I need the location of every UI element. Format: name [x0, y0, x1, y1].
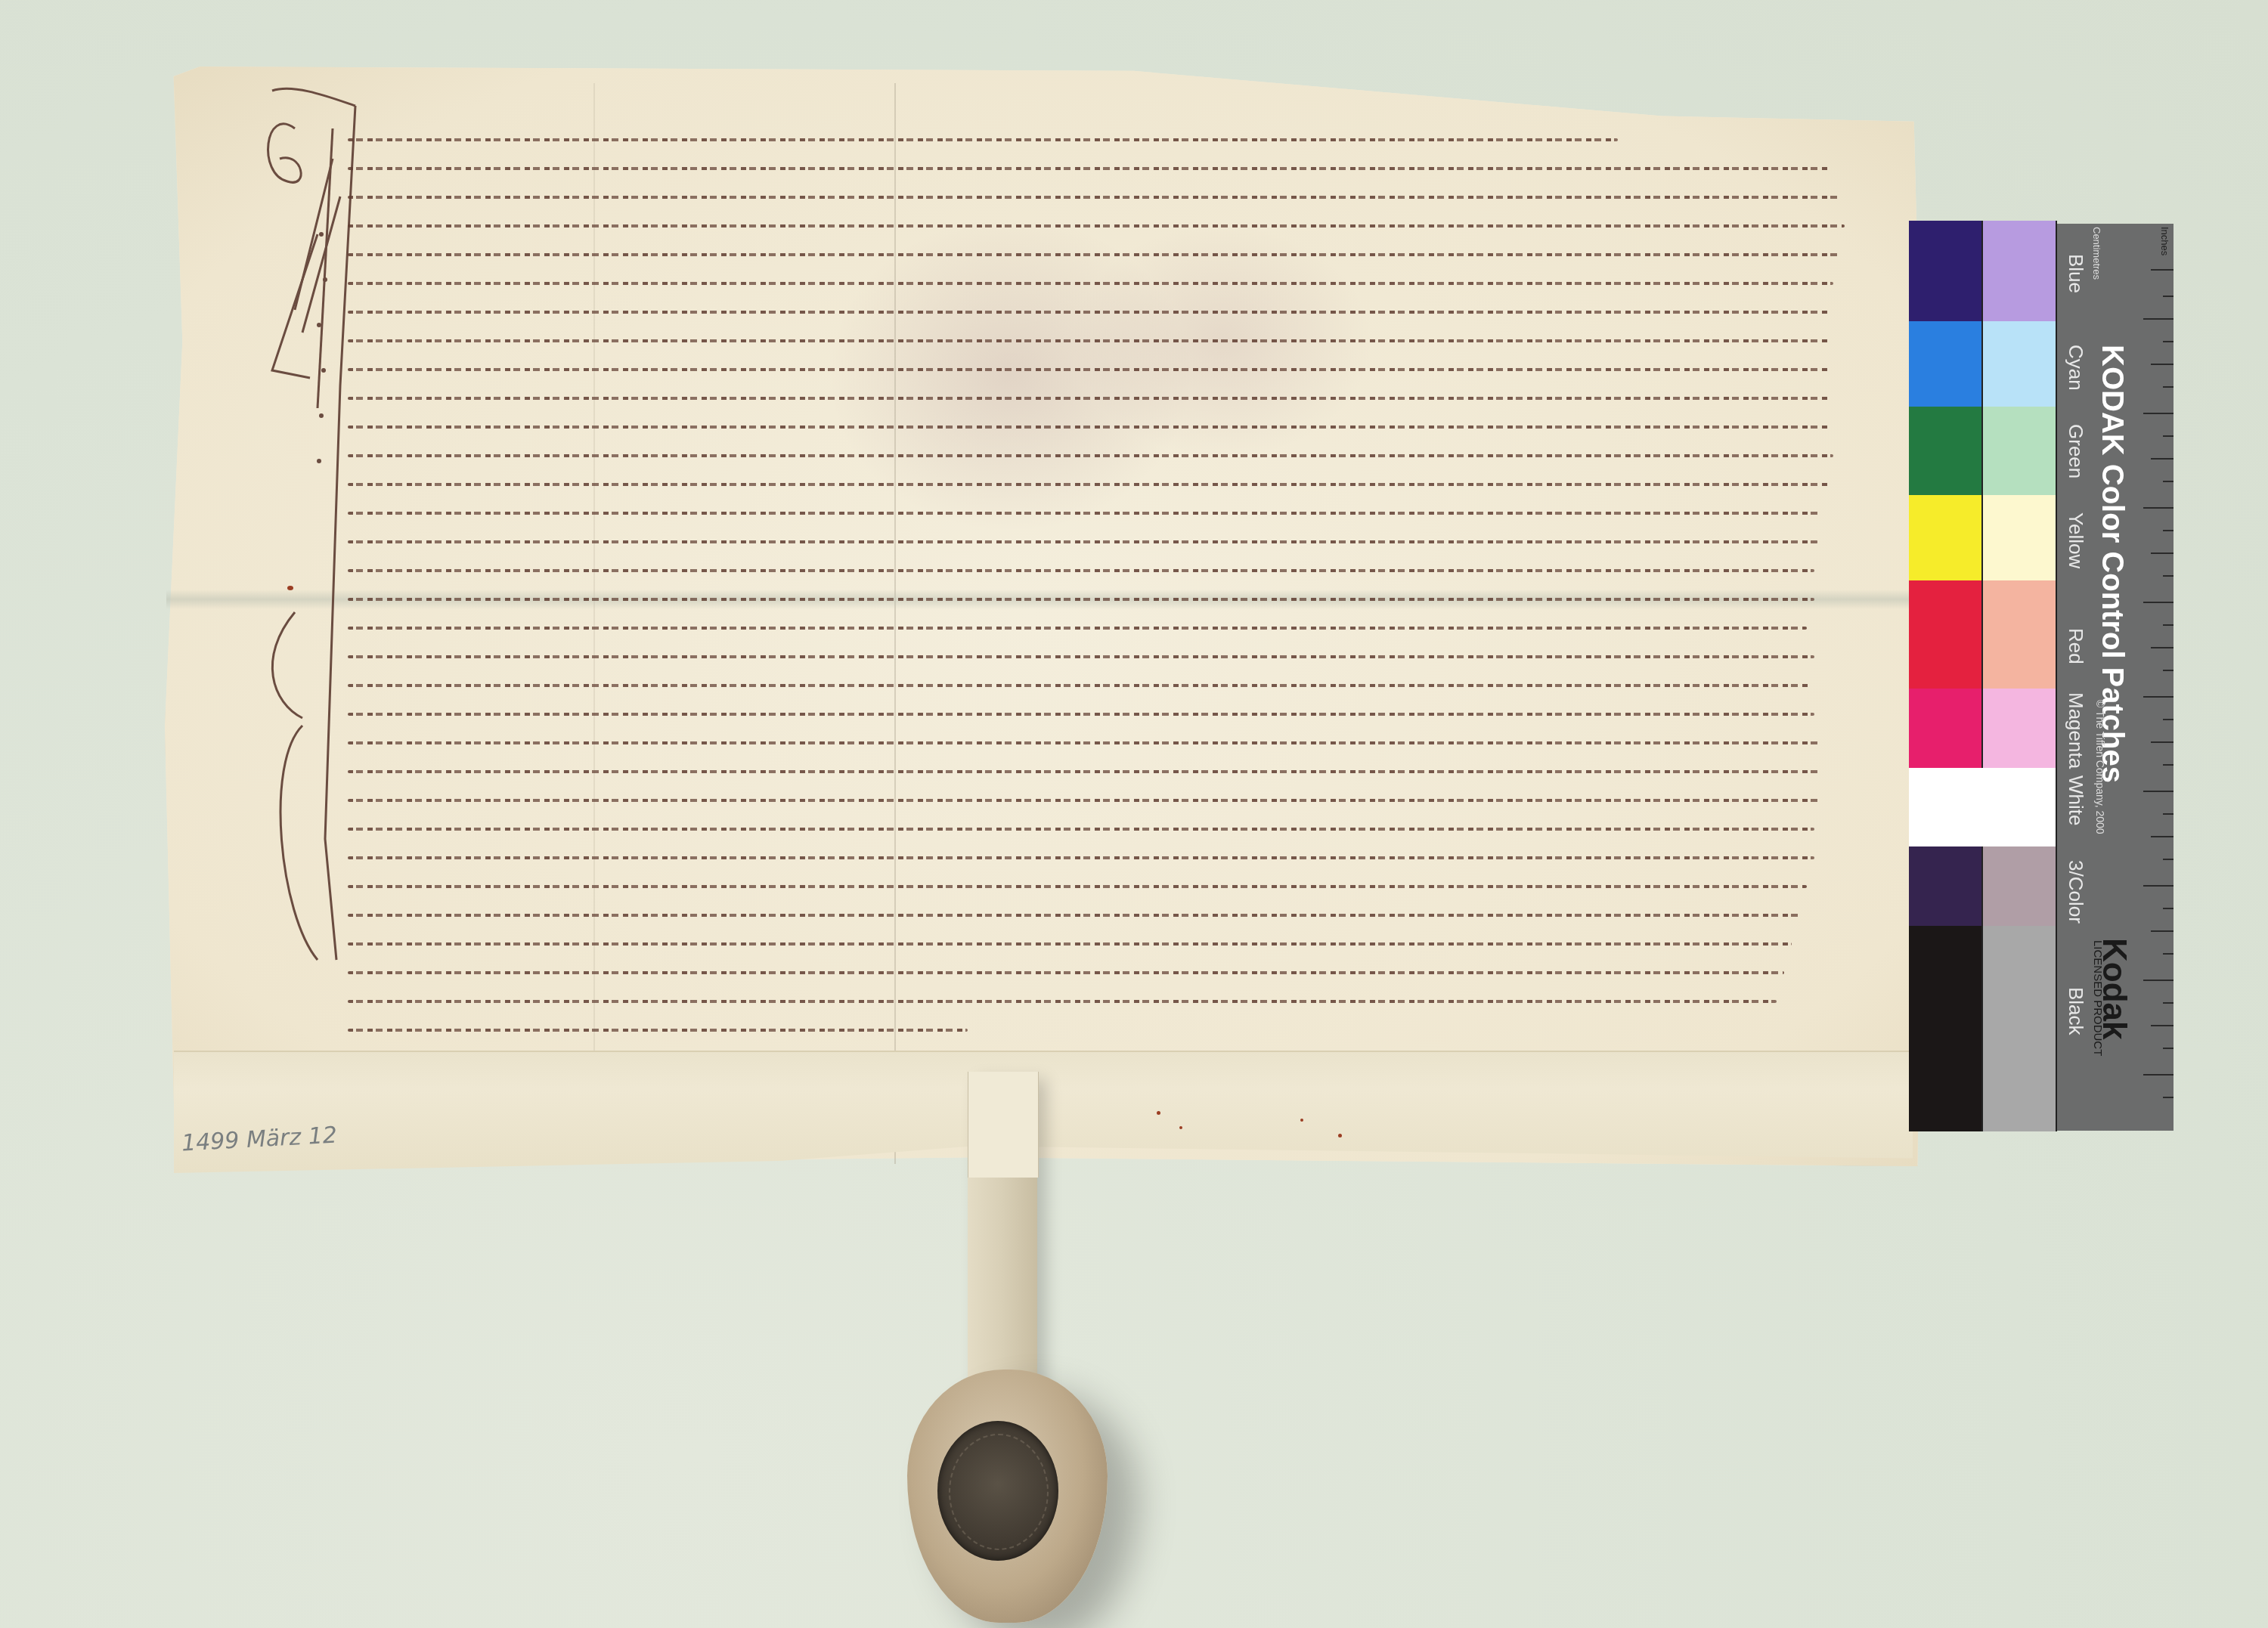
manuscript-line	[348, 839, 1845, 868]
manuscript-line	[348, 580, 1845, 609]
patch-row-blue	[1909, 221, 2057, 323]
manuscript-line	[348, 954, 1845, 983]
label-red: Red	[2064, 628, 2087, 664]
manuscript-line	[348, 868, 1845, 896]
manuscript-line	[348, 810, 1845, 839]
manuscript-text-block	[348, 121, 1845, 1047]
label-cyan: Cyan	[2064, 345, 2087, 391]
patch-row-white	[1909, 768, 2057, 848]
manuscript-line	[348, 293, 1845, 322]
patch-row-black	[1909, 926, 2057, 1131]
patch-magenta-dark	[1909, 689, 1983, 768]
manuscript-line	[348, 437, 1845, 466]
patch-red-light	[1983, 580, 2057, 689]
manuscript-line	[348, 207, 1845, 236]
manuscript-line	[348, 695, 1845, 724]
label-blue: Blue	[2064, 254, 2087, 293]
patch-cyan-light	[1983, 321, 2057, 407]
patch-yellow-light	[1983, 495, 2057, 580]
label-magenta: Magenta	[2064, 692, 2087, 769]
manuscript-line	[348, 494, 1845, 523]
patch-blue-light	[1983, 221, 2057, 321]
patch-black-dark	[1909, 926, 1983, 1131]
manuscript-line	[348, 667, 1845, 695]
manuscript-line	[348, 896, 1845, 925]
manuscript-line	[348, 925, 1845, 954]
patch-blue-dark	[1909, 221, 1983, 321]
manuscript-line	[348, 609, 1845, 638]
manuscript-line	[348, 638, 1845, 667]
patch-row-cyan	[1909, 321, 2057, 408]
manuscript-line	[348, 379, 1845, 408]
ruler-ticks	[2143, 224, 2173, 1131]
label-yellow: Yellow	[2064, 512, 2087, 568]
patch-red-dark	[1909, 580, 1983, 689]
label-black: Black	[2064, 987, 2087, 1035]
centimetres-label: Centimetres	[2091, 227, 2102, 280]
manuscript-line	[348, 466, 1845, 494]
manuscript-line	[348, 265, 1845, 293]
label-white: White	[2064, 775, 2087, 825]
foxing-spot	[1179, 1126, 1182, 1129]
patch-3color-light	[1983, 846, 2057, 926]
foxing-spot	[1157, 1111, 1160, 1115]
manuscript-line	[348, 322, 1845, 351]
patch-row-red	[1909, 580, 2057, 690]
decorated-initial-letter	[249, 83, 363, 967]
kodak-color-control-chart: Blue Cyan Green Yellow Red Magenta White…	[1909, 221, 2173, 1134]
manuscript-line	[348, 351, 1845, 379]
patch-3color-dark	[1909, 846, 1983, 926]
patch-row-3color	[1909, 846, 2057, 927]
foxing-spot	[287, 586, 293, 590]
patch-cyan-dark	[1909, 321, 1983, 407]
manuscript-line	[348, 178, 1845, 207]
patch-green-light	[1983, 407, 2057, 495]
manuscript-line	[348, 408, 1845, 437]
patch-white	[1909, 768, 2057, 846]
gray-scale-ruler: Blue Cyan Green Yellow Red Magenta White…	[2057, 224, 2173, 1131]
foxing-spot	[1338, 1134, 1342, 1137]
manuscript-line	[348, 1011, 1845, 1040]
patch-black-light	[1983, 926, 2057, 1131]
patch-yellow-dark	[1909, 495, 1983, 580]
manuscript-line	[348, 236, 1845, 265]
patch-row-magenta	[1909, 689, 2057, 769]
seal-strap-slot	[968, 1072, 1039, 1178]
label-green: Green	[2064, 424, 2087, 478]
manuscript-line	[348, 552, 1845, 580]
patch-row-yellow	[1909, 495, 2057, 582]
patch-row-green	[1909, 407, 2057, 497]
foxing-spot	[1300, 1119, 1303, 1122]
manuscript-line	[348, 753, 1845, 782]
patch-magenta-light	[1983, 689, 2057, 768]
manuscript-line	[348, 782, 1845, 810]
manuscript-line	[348, 523, 1845, 552]
chart-copyright: © The Tiffen Company, 2000	[2094, 700, 2106, 834]
color-patches	[1909, 221, 2057, 1134]
manuscript-line	[348, 983, 1845, 1011]
patch-green-dark	[1909, 407, 1983, 495]
licensed-product-label: LICENSED PRODUCT	[2091, 940, 2104, 1056]
seal-legend-ring	[949, 1434, 1049, 1550]
manuscript-line	[348, 150, 1845, 178]
label-3color: 3/Color	[2064, 860, 2087, 924]
manuscript-line	[348, 724, 1845, 753]
manuscript-line	[348, 121, 1845, 150]
